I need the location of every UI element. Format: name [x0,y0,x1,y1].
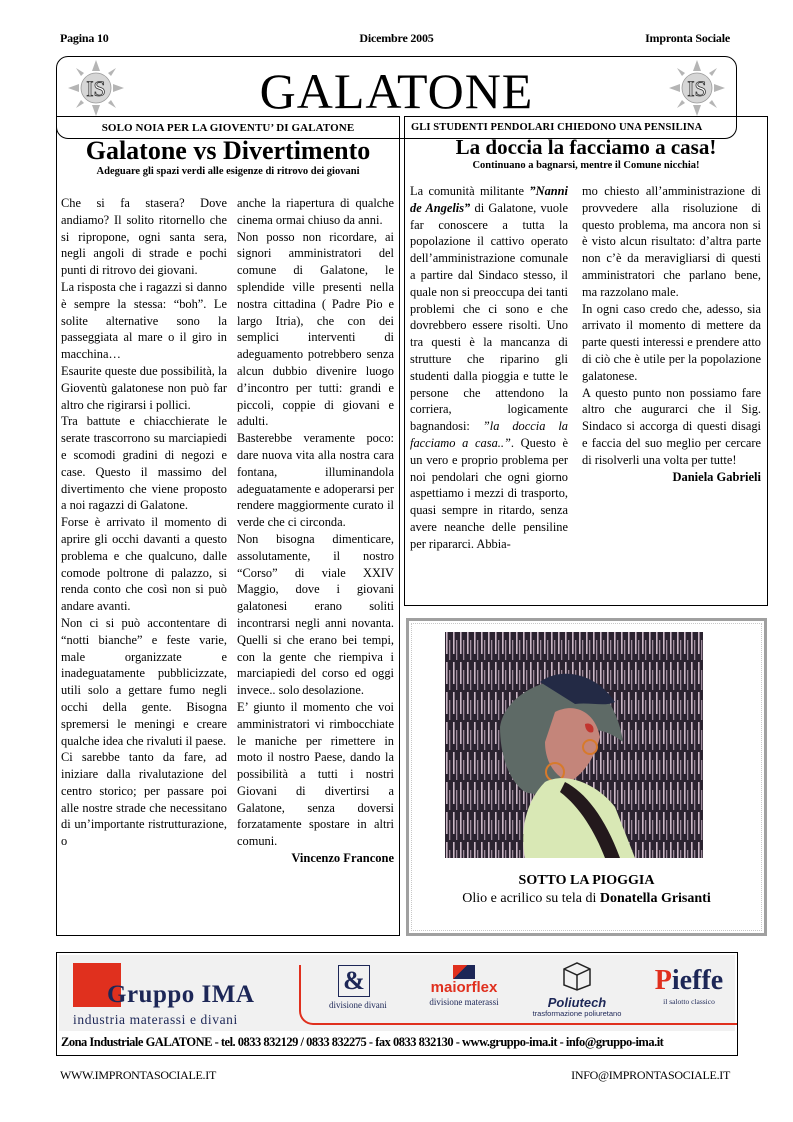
footer-email-link[interactable]: INFO@IMPRONTASOCIALE.IT [571,1068,730,1083]
painting-woman-in-rain-image [445,632,703,858]
brand-tagline: industria materassi e divani [73,1012,238,1028]
artist-name: Donatella Grisanti [600,891,711,906]
artwork-frame: SOTTO LA PIOGGIA Olio e acrilico su tela… [406,618,767,936]
town-title: GALATONE [57,59,736,123]
division-maiorflex: maiorflex divisione materassi [419,965,509,1007]
division-pieffe: Pieffe il salotto classico [649,965,729,1006]
article-headline: Galatone vs Divertimento [57,136,399,166]
text-run: . Questo è un vero e proprio problema pe… [410,436,568,551]
article-column-1: Che si fa stasera? Dove andiamo? Il soli… [61,195,227,850]
brand-name: Gruppo IMA [107,981,254,1009]
paragraph: A questo punto non possiamo fare altro c… [582,385,761,469]
article-deck: Continuano a bagnarsi, mentre il Comune … [405,160,767,171]
paragraph: Non posso non ricordare, ai signori ammi… [237,229,394,431]
paragraph: La risposta che i ragazzi si danno è sem… [61,279,227,363]
article-column-1: La comunità militante ”Nanni de Angelis”… [410,183,568,553]
is-sun-emblem-icon: IS [668,59,726,117]
ad-logo-band: Gruppo IMA industria materassi e divani … [59,955,735,1031]
paragraph: Tra battute e chiacchierate le serate tr… [61,413,227,514]
ad-contact-line[interactable]: Zona Industriale GALATONE - tel. 0833 83… [61,1035,733,1050]
article-galatone-vs-divertimento: SOLO NOIA PER LA GIOVENTU’ DI GALATONE G… [56,116,400,936]
paragraph: Non bisogna dimenticare, assolutamente, … [237,531,394,699]
publication-name: Impronta Sociale [645,31,730,46]
author-signature: Vincenzo Francone [237,850,394,867]
paragraph: E’ giunto il momento che voi amministrat… [237,699,394,850]
paragraph: Ci sarebbe tanto da fare, ad iniziare da… [61,749,227,850]
footer-website-link[interactable]: WWW.IMPRONTASOCIALE.IT [60,1068,216,1083]
text-run: La comunità militante [410,184,529,198]
article-kicker: GLI STUDENTI PENDOLARI CHIEDONO UNA PENS… [405,122,767,133]
paragraph: mo chiesto all’amministrazione di provve… [582,183,761,301]
division-logo-text: Pieffe [649,965,729,997]
article-deck: Adeguare gli spazi verdi alle esigenze d… [57,166,399,177]
article-headline: La doccia la facciamo a casa! [405,134,767,160]
ampersand-logo-icon: & [338,965,370,997]
advertisement-gruppo-ima[interactable]: Gruppo IMA industria materassi e divani … [56,952,738,1056]
svg-text:IS: IS [687,76,707,101]
division-poliutech: Poliutech trasformazione poliuretano [527,961,627,1018]
division-label: divisione divani [329,1000,379,1010]
division-logo-text: Poliutech [527,996,627,1009]
division-logo-text: maiorflex [419,979,509,997]
paragraph: anche la riapertura di qualche cinema or… [237,195,394,229]
article-kicker: SOLO NOIA PER LA GIOVENTU’ DI GALATONE [57,122,399,134]
paragraph: Non ci si può accontentare di “notti bia… [61,615,227,749]
article-la-doccia: GLI STUDENTI PENDOLARI CHIEDONO UNA PENS… [404,116,768,606]
artwork-title: SOTTO LA PIOGGIA [409,873,764,889]
paragraph: Forse è arrivato il momento di aprire gl… [61,514,227,615]
division-label: trasformazione poliuretano [527,1009,627,1018]
maiorflex-logo-icon [453,965,475,979]
paragraph: In ogni caso credo che, adesso, sia arri… [582,301,761,385]
caption-prefix: Olio e acrilico su tela di [462,891,600,906]
article-column-2: mo chiesto all’amministrazione di provve… [582,183,761,486]
article-column-2: anche la riapertura di qualche cinema or… [237,195,394,867]
cube-logo-icon [560,961,594,991]
text-run: di Galatone, vuole far conoscere a tutta… [410,201,568,433]
artwork-caption: Olio e acrilico su tela di Donatella Gri… [409,891,764,907]
division-divani: & divisione divani [329,965,379,1010]
division-label: divisione materassi [419,997,509,1007]
paragraph: Basterebbe veramente poco: dare nuova vi… [237,430,394,531]
paragraph: La comunità militante ”Nanni de Angelis”… [410,183,568,553]
division-label: il salotto classico [649,997,729,1006]
paragraph: Esaurite queste due possibilità, la Giov… [61,363,227,413]
paragraph: Che si fa stasera? Dove andiamo? Il soli… [61,195,227,279]
author-signature: Daniela Gabrieli [582,469,761,486]
